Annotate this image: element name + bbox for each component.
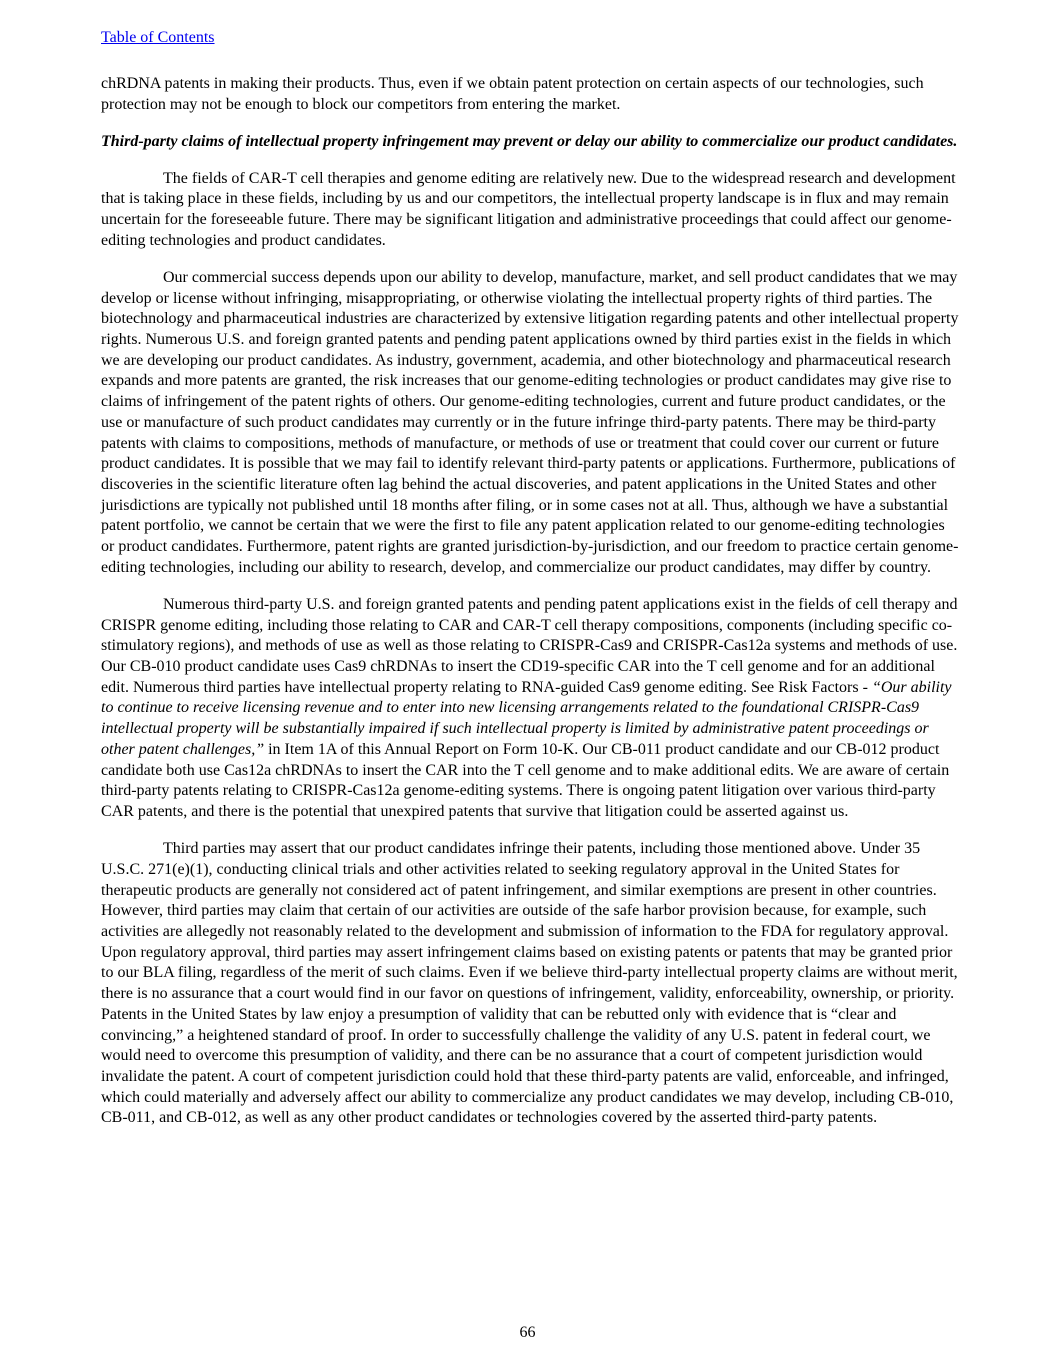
paragraph-text-before-quote: Numerous third-party U.S. and foreign gr… [101,596,957,696]
paragraph-field-overview: The fields of CAR-T cell therapies and g… [101,169,959,252]
section-heading: Third-party claims of intellectual prope… [101,132,959,153]
table-of-contents-link[interactable]: Table of Contents [101,28,215,48]
paragraph-third-party-patents: Numerous third-party U.S. and foreign gr… [101,595,959,823]
document-body: chRDNA patents in making their products.… [101,74,959,1146]
paragraph-infringement-claims: Third parties may assert that our produc… [101,839,959,1129]
page-number: 66 [0,1323,1055,1343]
paragraph-commercial-success: Our commercial success depends upon our … [101,268,959,579]
continuation-paragraph: chRDNA patents in making their products.… [101,74,959,115]
